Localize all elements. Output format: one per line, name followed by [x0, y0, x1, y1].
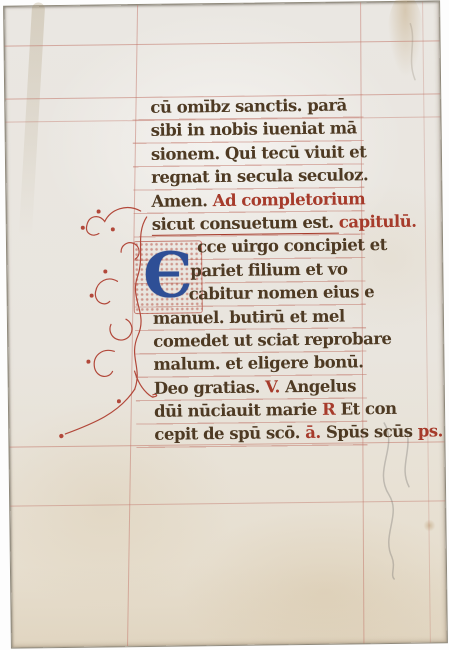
- text-line: malum. et eligere bonū.: [153, 350, 391, 376]
- text-line: sionem. Qui tecū viuit et: [151, 140, 389, 166]
- text-line: cū omībz sanctis. parā: [150, 93, 388, 119]
- body-text: cū omībz sanctis. parā: [150, 96, 347, 117]
- text-line: comedet ut sciat reprobare: [153, 327, 391, 353]
- rubric-text: ā.: [305, 423, 326, 442]
- text-line: pariet filium et vo: [152, 257, 390, 283]
- text-block: cū omībz sanctis. parāsibi in nobis iuen…: [150, 93, 392, 447]
- text-line: regnat in secula seculoz.: [151, 163, 389, 189]
- text-line: dūi nūciauit marie R Et con: [154, 397, 392, 423]
- rubric-text: R: [322, 400, 341, 419]
- text-line: cce uirgo concipiet et: [152, 233, 390, 259]
- rubric-text: capitulū.: [339, 212, 417, 232]
- text-line: sicut consuetum est. capitulū.: [152, 210, 390, 236]
- parchment-crease-stain: [19, 2, 46, 237]
- body-text: sionem. Qui tecū viuit et: [151, 142, 367, 164]
- body-text: Spūs scūs: [326, 422, 418, 442]
- rubric-text: ps.: [418, 422, 443, 441]
- ruling-line-horizontal: [5, 40, 440, 46]
- body-text: manuel. butirū et mel: [153, 306, 345, 327]
- body-text: Amen.: [151, 191, 212, 211]
- text-line: manuel. butirū et mel: [153, 303, 391, 329]
- manuscript-leaf: Є cū omībz sanctis. parāsibi in nobis iu…: [3, 0, 448, 648]
- body-text: Angelus: [285, 376, 356, 396]
- body-text: sicut consuetum est.: [152, 213, 339, 236]
- text-line: Amen. Ad completorium: [151, 187, 389, 213]
- body-text: Deo gratias.: [154, 377, 266, 397]
- text-line: cabitur nomen eius e: [152, 280, 390, 306]
- body-text: sibi in nobis iueniat mā: [151, 119, 357, 141]
- body-text: cce uirgo concipiet et: [197, 235, 387, 256]
- body-text: cabitur nomen eius e: [189, 282, 375, 303]
- text-line: sibi in nobis iueniat mā: [150, 116, 388, 142]
- body-text: pariet filium et vo: [190, 259, 347, 280]
- manuscript-scan: Є cū omībz sanctis. parāsibi in nobis iu…: [0, 0, 449, 650]
- pencil-doodle-marks: [392, 21, 433, 81]
- body-text: Et con: [340, 399, 396, 419]
- text-line: cepit de spū scō. ā. Spūs scūs ps.: [154, 420, 392, 446]
- rubric-text: V.: [265, 377, 285, 396]
- body-text: regnat in secula seculoz.: [151, 165, 368, 187]
- body-text: cepit de spū scō.: [154, 424, 305, 445]
- text-line: Deo gratias. V. Angelus: [154, 374, 392, 400]
- rubric-text: Ad completorium: [213, 189, 366, 210]
- body-text: malum. et eligere bonū.: [153, 353, 363, 375]
- body-text: dūi nūciauit marie: [154, 400, 322, 421]
- body-text: comedet ut sciat reprobare: [153, 329, 391, 351]
